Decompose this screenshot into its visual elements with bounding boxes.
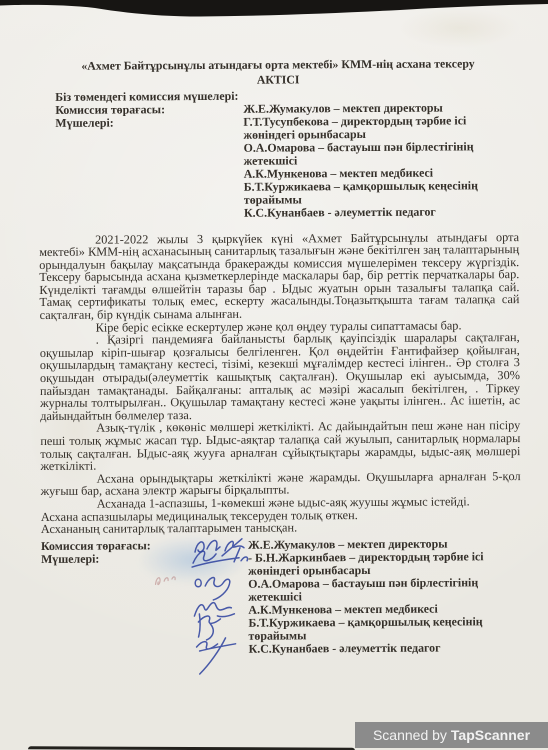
tapscanner-bar: Scanned by TapScanner: [355, 722, 548, 748]
signatory: О.А.Омарова – бастауыш пән бірлестігінің…: [248, 576, 516, 604]
act-body: 2021-2022 жылы 3 қыркүйек күні «Ахмет Ба…: [39, 231, 521, 536]
signatory: К.С.Кунанбаев - әлеуметтік педагог: [249, 641, 517, 656]
signature-block: Комиссия төрағасы: Ж.Е.Жумакулов – мекте…: [41, 537, 522, 657]
signing-chair-label: Комиссия төрағасы:: [41, 539, 191, 553]
paragraph: Асхананың санитарлық талаптарымен танысқ…: [41, 520, 521, 536]
paragraph: . Қазіргі пандемияға байланысты барлық қ…: [40, 331, 521, 422]
scan-dark-edge-bottom: [28, 746, 355, 750]
signing-row: К.С.Кунанбаев - әлеуметтік педагог: [42, 641, 522, 657]
scanner-credit-text: Scanned by: [373, 727, 447, 743]
signing-row: Мүшелері: - Б.Н.Жаркинбаев – директордың…: [41, 550, 521, 579]
committee-member-row: К.С.Кунанбаев - әлеуметтік педагог: [56, 205, 519, 221]
committee-member-row: О.А.Омарова – бастауыш пән бірлестігінің…: [56, 140, 519, 169]
member-name: О.А.Омарова – бастауыш пән бірлестігінің…: [244, 140, 506, 168]
paragraph: Азық-түлік , көкөніс мөлшері жеткілікті.…: [40, 419, 520, 472]
member-name: Б.Т.Куржикаева – қамқоршылық кеңесінің т…: [244, 179, 506, 207]
signing-members-label: Мүшелері:: [41, 552, 191, 579]
signature-kunanbaev-icon: [190, 636, 240, 676]
chair-label: Комиссия төрағасы:: [55, 102, 243, 116]
act-label: АКТІСІ: [38, 72, 518, 88]
document-content: «Ахмет Байтұрсынұлы атындағы орта мектеб…: [38, 57, 522, 657]
scan-dark-edge-top: [0, 0, 548, 22]
committee-member-row: Б.Т.Куржикаева – қамқоршылық кеңесінің т…: [56, 179, 519, 208]
committee-list: Комиссия төрағасы: Ж.Е.Жумакулов – мекте…: [55, 101, 519, 221]
scanner-brand: TapScanner: [451, 727, 530, 743]
member-name: К.С.Кунанбаев - әлеуметтік педагог: [244, 205, 506, 220]
scanned-document-page: «Ахмет Байтұрсынұлы атындағы орта мектеб…: [0, 0, 548, 750]
committee-member-row: Мүшелері: Г.Т.Тусупбекова – директордың …: [55, 114, 518, 143]
members-label: Мүшелері:: [55, 115, 243, 142]
signatory: - Б.Н.Жаркинбаев – директордың тәрбие іс…: [248, 550, 516, 578]
member-name: Г.Т.Тусупбекова – директордың тәрбие ісі…: [243, 114, 505, 142]
paragraph: 2021-2022 жылы 3 қыркүйек күні «Ахмет Ба…: [39, 231, 520, 322]
signing-row: Б.Т.Куржикаева – қамқоршылық кеңесінің т…: [41, 615, 521, 644]
signatory: Б.Т.Куржикаева – қамқоршылық кеңесінің т…: [248, 615, 516, 643]
signing-row: О.А.Омарова – бастауыш пән бірлестігінің…: [41, 576, 521, 605]
